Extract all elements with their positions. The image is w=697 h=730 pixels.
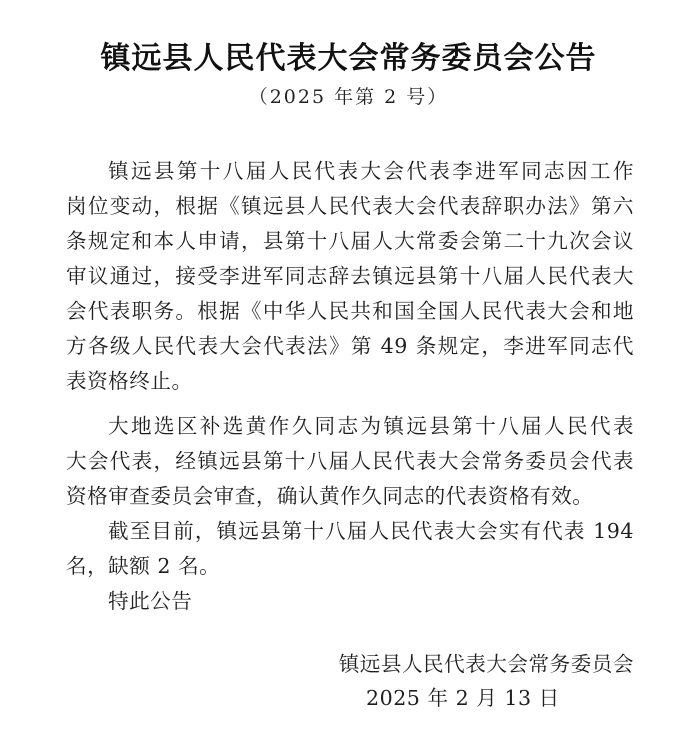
- issuer-signature: 镇远县人民代表大会常务委员会: [0, 647, 634, 677]
- document-title: 镇远县人民代表大会常务委员会公告: [0, 33, 697, 77]
- paragraph-line: 名，缺额 2 名。: [66, 549, 220, 579]
- paragraph-line: 截至目前，镇远县第十八届人民代表大会实有代表 194: [108, 514, 634, 544]
- issue-date: 2025 年 2 月 13 日: [366, 681, 560, 711]
- closing-phrase: 特此公告: [108, 584, 192, 614]
- paragraph-line: 审议通过，接受李进军同志辞去镇远县第十八届人民代表大: [66, 259, 634, 289]
- document-number: （2025 年第 2 号）: [0, 82, 697, 109]
- paragraph-line: 镇远县第十八届人民代表大会代表李进军同志因工作: [108, 154, 634, 184]
- paragraph-line: 资格审查委员会审查，确认黄作久同志的代表资格有效。: [66, 479, 593, 509]
- paragraph-line: 会代表职务。根据《中华人民共和国全国人民代表大会和地: [66, 294, 634, 324]
- paragraph-line: 岗位变动，根据《镇远县人民代表大会代表辞职办法》第六: [66, 189, 634, 219]
- paragraph-line: 表资格终止。: [66, 364, 193, 394]
- paragraph-line: 条规定和本人申请，县第十八届人大常委会第二十九次会议: [66, 224, 634, 254]
- paragraph-line: 方各级人民代表大会代表法》第 49 条规定，李进军同志代: [66, 329, 634, 359]
- paragraph-line: 大会代表，经镇远县第十八届人民代表大会常务委员会代表: [66, 444, 634, 474]
- paragraph-line: 大地选区补选黄作久同志为镇远县第十八届人民代表: [108, 409, 634, 439]
